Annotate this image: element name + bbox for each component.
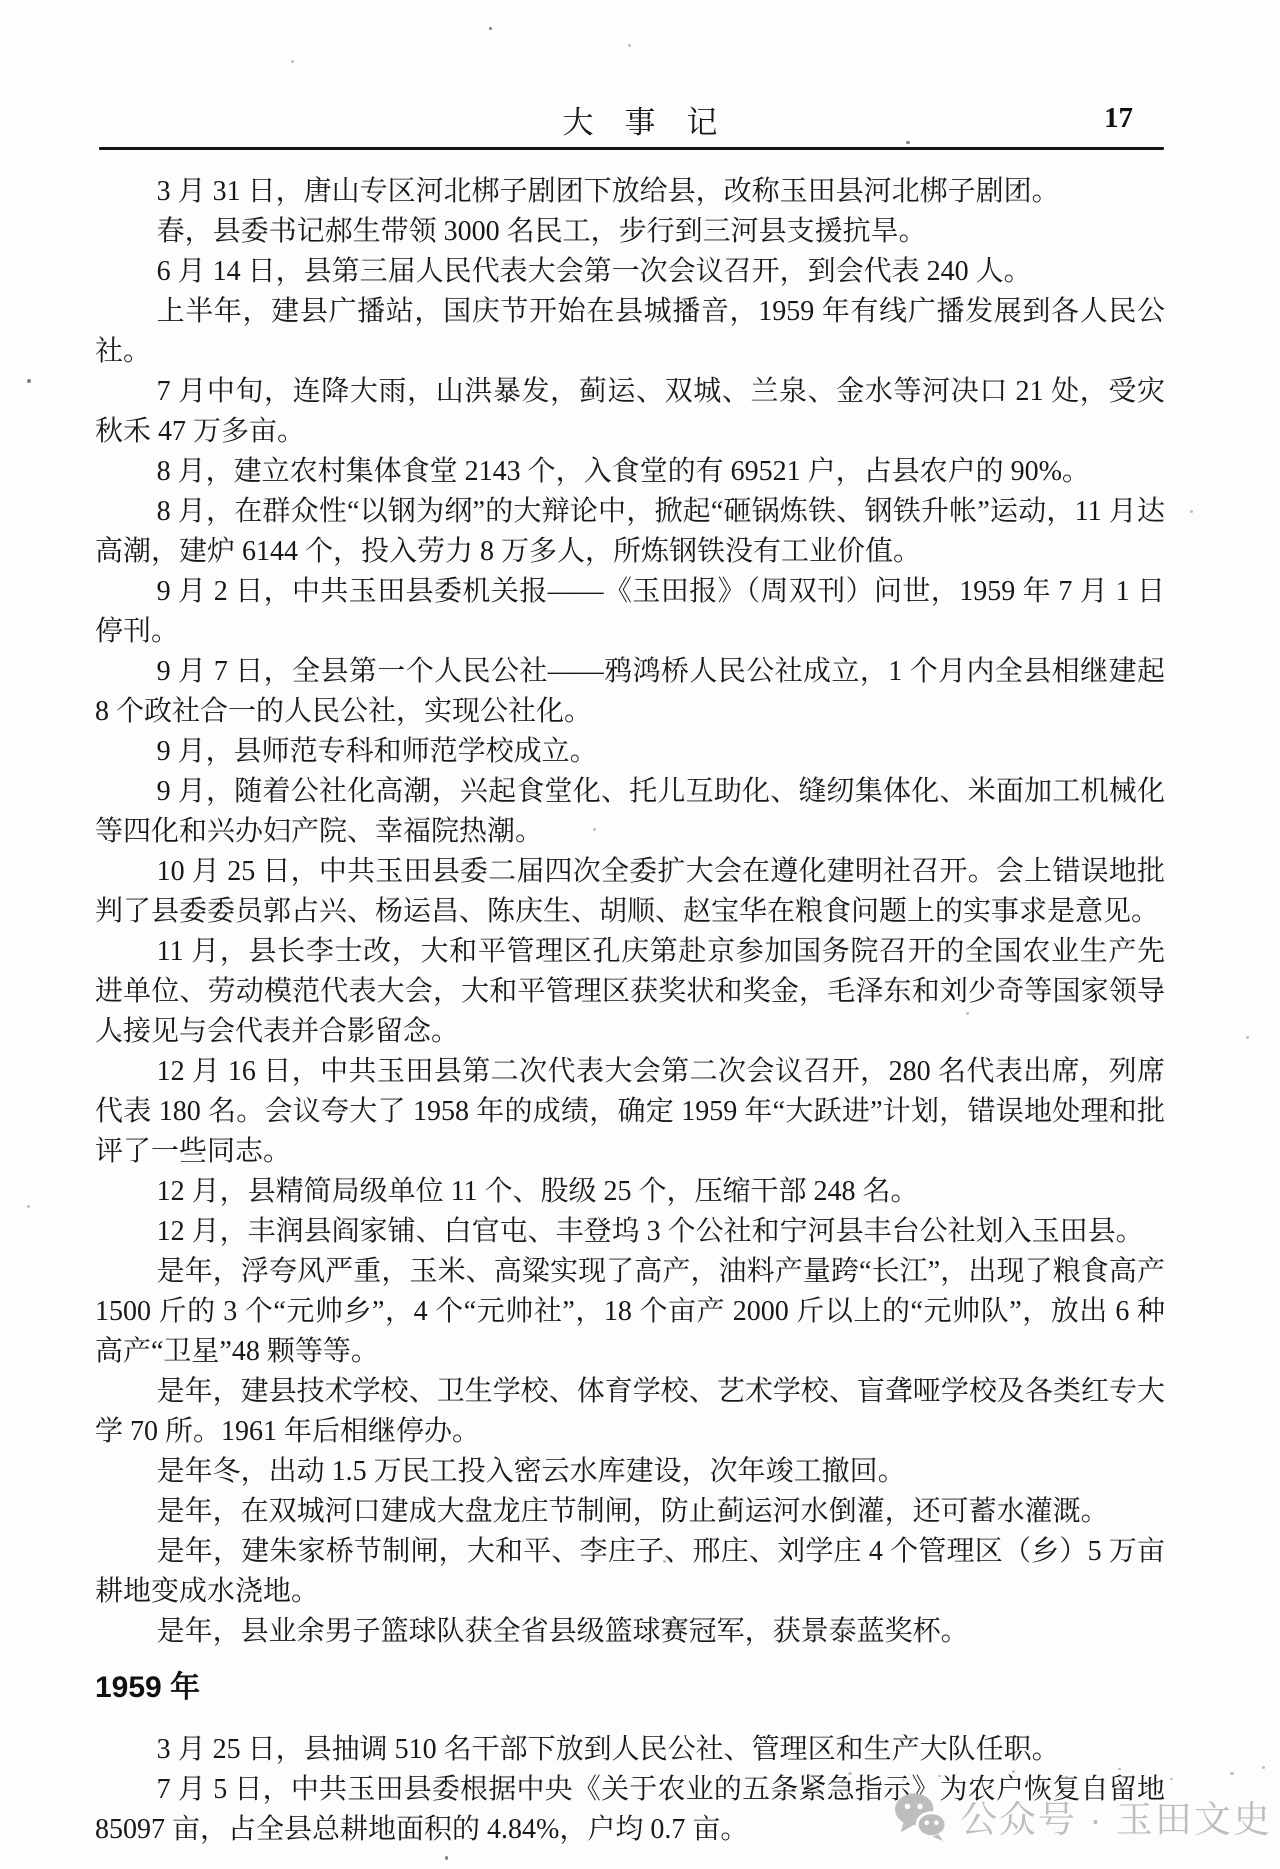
event-paragraph: 7 月中旬，连降大雨，山洪暴发，蓟运、双城、兰泉、金水等河决口 21 处，受灾秋… [95, 372, 1165, 452]
page-title: 大 事 记 [0, 106, 1280, 140]
event-paragraph: 是年，在双城河口建成大盘龙庄节制闸，防止蓟运河水倒灌，还可蓄水灌溉。 [95, 1492, 1165, 1532]
event-paragraph: 12 月，县精简局级单位 11 个、股级 25 个，压缩干部 248 名。 [95, 1172, 1165, 1212]
event-paragraph: 上半年，建县广播站，国庆节开始在县城播音，1959 年有线广播发展到各人民公社。 [95, 292, 1165, 372]
event-paragraph: 10 月 25 日，中共玉田县委二届四次全委扩大会在遵化建明社召开。会上错误地批… [95, 852, 1165, 932]
event-paragraph: 春，县委书记郝生带领 3000 名民工，步行到三河县支援抗旱。 [95, 212, 1165, 252]
year-heading: 1959 年 [95, 1668, 1165, 1708]
event-paragraph: 9 月 7 日，全县第一个人民公社——鸦鸿桥人民公社成立，1 个月内全县相继建起… [95, 652, 1165, 732]
watermark: 公众号 · 玉田文史 [893, 1789, 1272, 1843]
chronicle-content: 3 月 31 日，唐山专区河北梆子剧团下放给县，改称玉田县河北梆子剧团。春，县委… [95, 172, 1165, 1850]
page-header: 大 事 记 17 [0, 0, 1280, 150]
event-paragraph: 是年冬，出动 1.5 万民工投入密云水库建设，次年竣工撤回。 [95, 1452, 1165, 1492]
paragraph-list-1958: 3 月 31 日，唐山专区河北梆子剧团下放给县，改称玉田县河北梆子剧团。春，县委… [95, 172, 1165, 1652]
event-paragraph: 8 月，建立农村集体食堂 2143 个，入食堂的有 69521 户，占县农户的 … [95, 452, 1165, 492]
event-paragraph: 6 月 14 日，县第三届人民代表大会第一次会议召开，到会代表 240 人。 [95, 252, 1165, 292]
event-paragraph: 9 月 2 日，中共玉田县委机关报——《玉田报》（周双刊）问世，1959 年 7… [95, 572, 1165, 652]
page-number: 17 [1104, 102, 1133, 135]
watermark-text: 公众号 · 玉田文史 [960, 1789, 1272, 1843]
event-paragraph: 9 月，县师范专科和师范学校成立。 [95, 732, 1165, 772]
event-paragraph: 8 月，在群众性“以钢为纲”的大辩论中，掀起“砸锅炼铁、钢铁升帐”运动，11 月… [95, 492, 1165, 572]
header-rule [99, 147, 1164, 150]
event-paragraph: 12 月 16 日，中共玉田县第二次代表大会第二次会议召开，280 名代表出席，… [95, 1052, 1165, 1172]
event-paragraph: 是年，建朱家桥节制闸，大和平、李庄子、邢庄、刘学庄 4 个管理区（乡）5 万亩耕… [95, 1532, 1165, 1612]
event-paragraph: 9 月，随着公社化高潮，兴起食堂化、托儿互助化、缝纫集体化、米面加工机械化等四化… [95, 772, 1165, 852]
section-events-1958: 3 月 31 日，唐山专区河北梆子剧团下放给县，改称玉田县河北梆子剧团。春，县委… [95, 172, 1165, 1652]
event-paragraph: 11 月，县长李士改，大和平管理区孔庆第赴京参加国务院召开的全国农业生产先进单位… [95, 932, 1165, 1052]
event-paragraph: 12 月，丰润县阎家铺、白官屯、丰登坞 3 个公社和宁河县丰台公社划入玉田县。 [95, 1212, 1165, 1252]
event-paragraph: 是年，浮夸风严重，玉米、高粱实现了高产，油料产量跨“长江”，出现了粮食高产 15… [95, 1252, 1165, 1372]
document-page: 大 事 记 17 3 月 31 日，唐山专区河北梆子剧团下放给县，改称玉田县河北… [0, 0, 1280, 1869]
event-paragraph: 3 月 25 日，县抽调 510 名干部下放到人民公社、管理区和生产大队任职。 [95, 1730, 1165, 1770]
event-paragraph: 3 月 31 日，唐山专区河北梆子剧团下放给县，改称玉田县河北梆子剧团。 [95, 172, 1165, 212]
event-paragraph: 是年，县业余男子篮球队获全省县级篮球赛冠军，获景泰蓝奖杯。 [95, 1612, 1165, 1652]
wechat-icon [893, 1791, 947, 1841]
event-paragraph: 是年，建县技术学校、卫生学校、体育学校、艺术学校、盲聋哑学校及各类红专大学 70… [95, 1372, 1165, 1452]
